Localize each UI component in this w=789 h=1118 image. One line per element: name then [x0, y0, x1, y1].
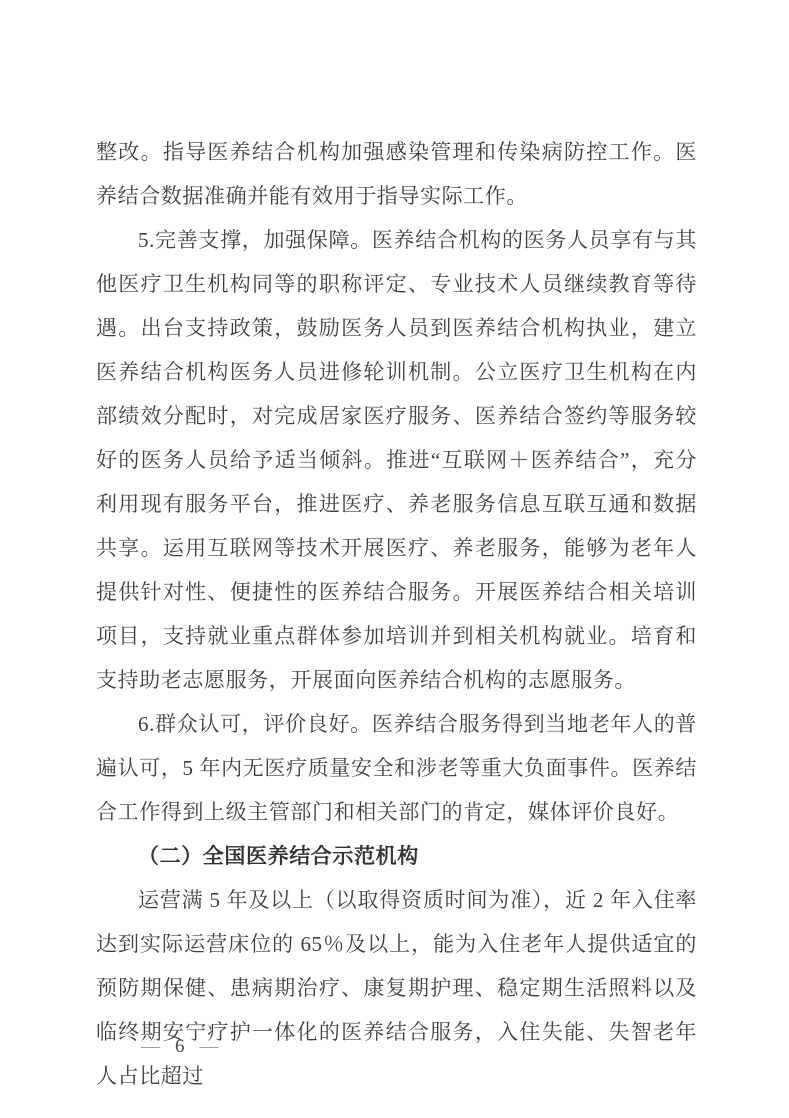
paragraph-continuation: 整改。指导医养结合机构加强感染管理和传染病防控工作。医养结合数据准确并能有效用于… [96, 130, 697, 218]
document-page: 整改。指导医养结合机构加强感染管理和传染病防控工作。医养结合数据准确并能有效用于… [0, 0, 789, 1118]
footer-dash-right: — [200, 1036, 220, 1057]
document-body: 整改。指导医养结合机构加强感染管理和传染病防控工作。医养结合数据准确并能有效用于… [96, 130, 697, 1098]
section-heading: （二）全国医养结合示范机构 [96, 834, 697, 878]
paragraph-item-5: 5.完善支撑，加强保障。医养结合机构的医务人员享有与其他医疗卫生机构同等的职称评… [96, 218, 697, 702]
page-footer: —6— [118, 1002, 220, 1092]
paragraph-item-6: 6.群众认可，评价良好。医养结合服务得到当地老年人的普遍认可，5 年内无医疗质量… [96, 702, 697, 834]
page-number: 6 [161, 1036, 200, 1057]
footer-dash-left: — [141, 1036, 161, 1057]
